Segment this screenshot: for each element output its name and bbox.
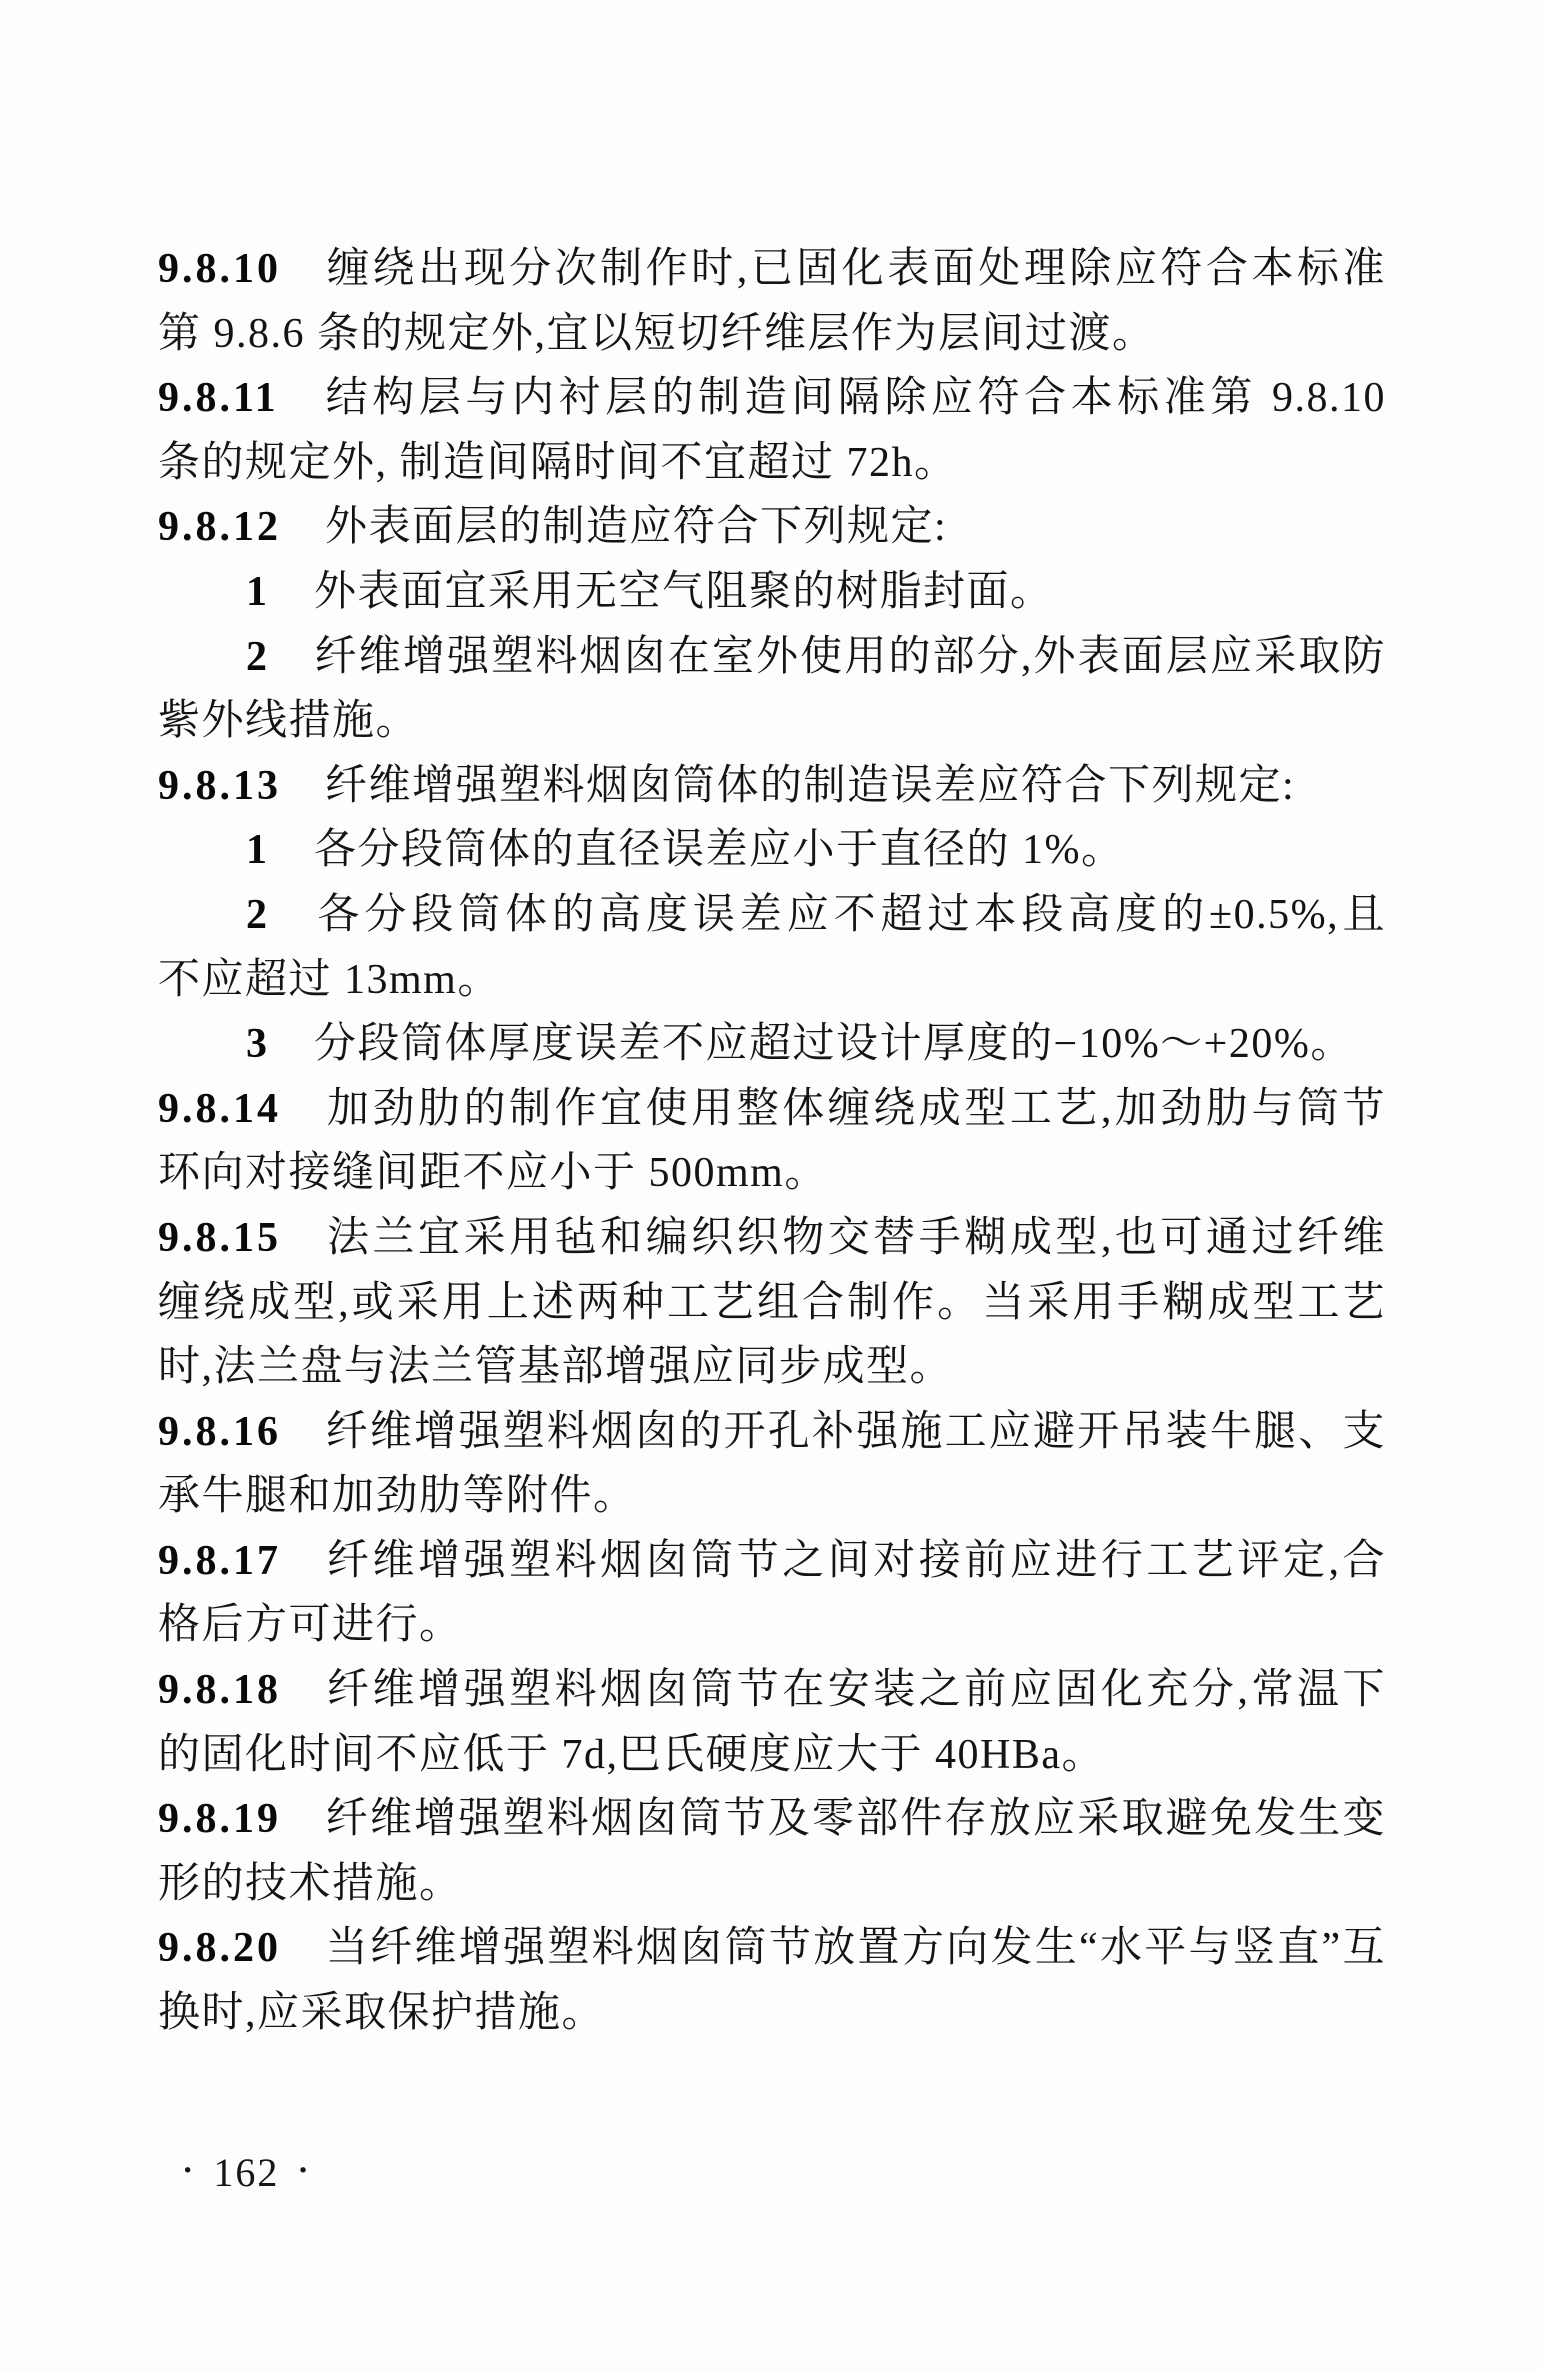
body-text: 各分段筒体的直径误差应小于直径的 1%。 [314, 827, 1125, 873]
clause-paragraph-line: 时,法兰盘与法兰管基部增强应同步成型。 [158, 1335, 1386, 1400]
item-number: 3 [246, 1021, 268, 1067]
sub-item-line: 不应超过 13mm。 [158, 948, 1386, 1013]
sub-item-line: 1各分段筒体的直径误差应小于直径的 1%。 [158, 818, 1386, 883]
clause-paragraph-line: 9.8.11结构层与内衬层的制造间隔除应符合本标准第 9.8.10 [158, 366, 1386, 431]
clause-paragraph-line: 9.8.17纤维增强塑料烟囱筒节之间对接前应进行工艺评定,合 [158, 1529, 1386, 1594]
clause-number: 9.8.17 [158, 1538, 281, 1584]
clause-paragraph-line: 9.8.18纤维增强塑料烟囱筒节在安装之前应固化充分,常温下 [158, 1658, 1386, 1723]
body-text: 外表面宜采用无空气阻聚的树脂封面。 [314, 569, 1054, 615]
body-text: 分段筒体厚度误差不应超过设计厚度的−10%～+20%。 [314, 1021, 1354, 1067]
body-text: 纤维增强塑料烟囱筒体的制造误差应符合下列规定: [325, 763, 1295, 809]
sub-item-line: 3分段筒体厚度误差不应超过设计厚度的−10%～+20%。 [158, 1012, 1386, 1077]
clause-paragraph-line: 9.8.13纤维增强塑料烟囱筒体的制造误差应符合下列规定: [158, 754, 1386, 819]
clause-paragraph-line: 9.8.14加劲肋的制作宜使用整体缠绕成型工艺,加劲肋与筒节 [158, 1077, 1386, 1142]
clause-number: 9.8.18 [158, 1667, 281, 1713]
clause-paragraph-line: 换时,应采取保护措施。 [158, 1981, 1386, 2046]
body-text: 纤维增强塑料烟囱在室外使用的部分,外表面层应采取防 [314, 634, 1386, 680]
clause-number: 9.8.13 [158, 763, 281, 809]
document-body: 9.8.10缠绕出现分次制作时,已固化表面处理除应符合本标准第 9.8.6 条的… [158, 237, 1386, 2046]
clause-number: 9.8.10 [158, 246, 281, 292]
footer-dot-right: · [295, 2144, 312, 2195]
body-text: 加劲肋的制作宜使用整体缠绕成型工艺,加劲肋与筒节 [325, 1086, 1386, 1132]
clause-paragraph-line: 承牛腿和加劲肋等附件。 [158, 1464, 1386, 1529]
clause-paragraph-line: 形的技术措施。 [158, 1852, 1386, 1917]
item-number: 1 [246, 827, 268, 873]
body-text: 纤维增强塑料烟囱筒节之间对接前应进行工艺评定,合 [325, 1538, 1386, 1584]
clause-paragraph-line: 9.8.10缠绕出现分次制作时,已固化表面处理除应符合本标准 [158, 237, 1386, 302]
sub-item-line: 2纤维增强塑料烟囱在室外使用的部分,外表面层应采取防 [158, 625, 1386, 690]
clause-paragraph-line: 9.8.15法兰宜采用毡和编织织物交替手糊成型,也可通过纤维 [158, 1206, 1386, 1271]
body-text: 外表面层的制造应符合下列规定: [325, 504, 947, 550]
sub-item-line: 紫外线措施。 [158, 689, 1386, 754]
clause-number: 9.8.12 [158, 504, 281, 550]
clause-number: 9.8.19 [158, 1796, 281, 1842]
body-text: 条的规定外, 制造间隔时间不宜超过 72h。 [158, 440, 958, 486]
clause-paragraph-line: 第 9.8.6 条的规定外,宜以短切纤维层作为层间过渡。 [158, 302, 1386, 367]
body-text: 环向对接缝间距不应小于 500mm。 [158, 1150, 828, 1196]
body-text: 格后方可进行。 [158, 1602, 463, 1648]
sub-item-line: 2各分段筒体的高度误差应不超过本段高度的±0.5%,且 [158, 883, 1386, 948]
page-number: 162 [213, 2150, 279, 2195]
clause-number: 9.8.14 [158, 1086, 281, 1132]
item-number: 2 [246, 892, 268, 938]
body-text: 结构层与内衬层的制造间隔除应符合本标准第 9.8.10 [323, 375, 1386, 421]
body-text: 的固化时间不应低于 7d,巴氏硬度应大于 40HBa。 [158, 1732, 1105, 1778]
body-text: 时,法兰盘与法兰管基部增强应同步成型。 [158, 1344, 953, 1390]
body-text: 纤维增强塑料烟囱筒节在安装之前应固化充分,常温下 [325, 1667, 1386, 1713]
body-text: 各分段筒体的高度误差应不超过本段高度的±0.5%,且 [314, 892, 1386, 938]
sub-item-line: 1外表面宜采用无空气阻聚的树脂封面。 [158, 560, 1386, 625]
clause-paragraph-line: 9.8.16纤维增强塑料烟囱的开孔补强施工应避开吊装牛腿、支 [158, 1400, 1386, 1465]
clause-number: 9.8.15 [158, 1215, 281, 1261]
item-number: 1 [246, 569, 268, 615]
clause-paragraph-line: 格后方可进行。 [158, 1593, 1386, 1658]
clause-paragraph-line: 9.8.20当纤维增强塑料烟囱筒节放置方向发生“水平与竖直”互 [158, 1916, 1386, 1981]
clause-paragraph-line: 条的规定外, 制造间隔时间不宜超过 72h。 [158, 431, 1386, 496]
body-text: 形的技术措施。 [158, 1861, 463, 1907]
body-text: 纤维增强塑料烟囱的开孔补强施工应避开吊装牛腿、支 [325, 1409, 1386, 1455]
page-footer: ·162· [180, 2146, 313, 2197]
body-text: 承牛腿和加劲肋等附件。 [158, 1473, 637, 1519]
clause-number: 9.8.20 [158, 1925, 281, 1971]
clause-number: 9.8.11 [158, 375, 279, 421]
clause-number: 9.8.16 [158, 1409, 281, 1455]
body-text: 缠绕成型,或采用上述两种工艺组合制作。当采用手糊成型工艺 [158, 1280, 1386, 1326]
clause-paragraph-line: 9.8.12外表面层的制造应符合下列规定: [158, 495, 1386, 560]
body-text: 当纤维增强塑料烟囱筒节放置方向发生“水平与竖直”互 [325, 1925, 1386, 1971]
item-number: 2 [246, 634, 268, 680]
body-text: 纤维增强塑料烟囱筒节及零部件存放应采取避免发生变 [325, 1796, 1386, 1842]
body-text: 法兰宜采用毡和编织织物交替手糊成型,也可通过纤维 [325, 1215, 1386, 1261]
scanned-standard-page: { "page": { "background": "#fdfdfd", "te… [0, 0, 1542, 2371]
body-text: 缠绕出现分次制作时,已固化表面处理除应符合本标准 [325, 246, 1386, 292]
clause-paragraph-line: 环向对接缝间距不应小于 500mm。 [158, 1141, 1386, 1206]
clause-paragraph-line: 的固化时间不应低于 7d,巴氏硬度应大于 40HBa。 [158, 1723, 1386, 1788]
clause-paragraph-line: 缠绕成型,或采用上述两种工艺组合制作。当采用手糊成型工艺 [158, 1271, 1386, 1336]
clause-paragraph-line: 9.8.19纤维增强塑料烟囱筒节及零部件存放应采取避免发生变 [158, 1787, 1386, 1852]
body-text: 不应超过 13mm。 [158, 957, 501, 1003]
body-text: 第 9.8.6 条的规定外,宜以短切纤维层作为层间过渡。 [158, 311, 1156, 357]
body-text: 紫外线措施。 [158, 698, 419, 744]
footer-dot-left: · [180, 2144, 197, 2195]
body-text: 换时,应采取保护措施。 [158, 1990, 605, 2036]
